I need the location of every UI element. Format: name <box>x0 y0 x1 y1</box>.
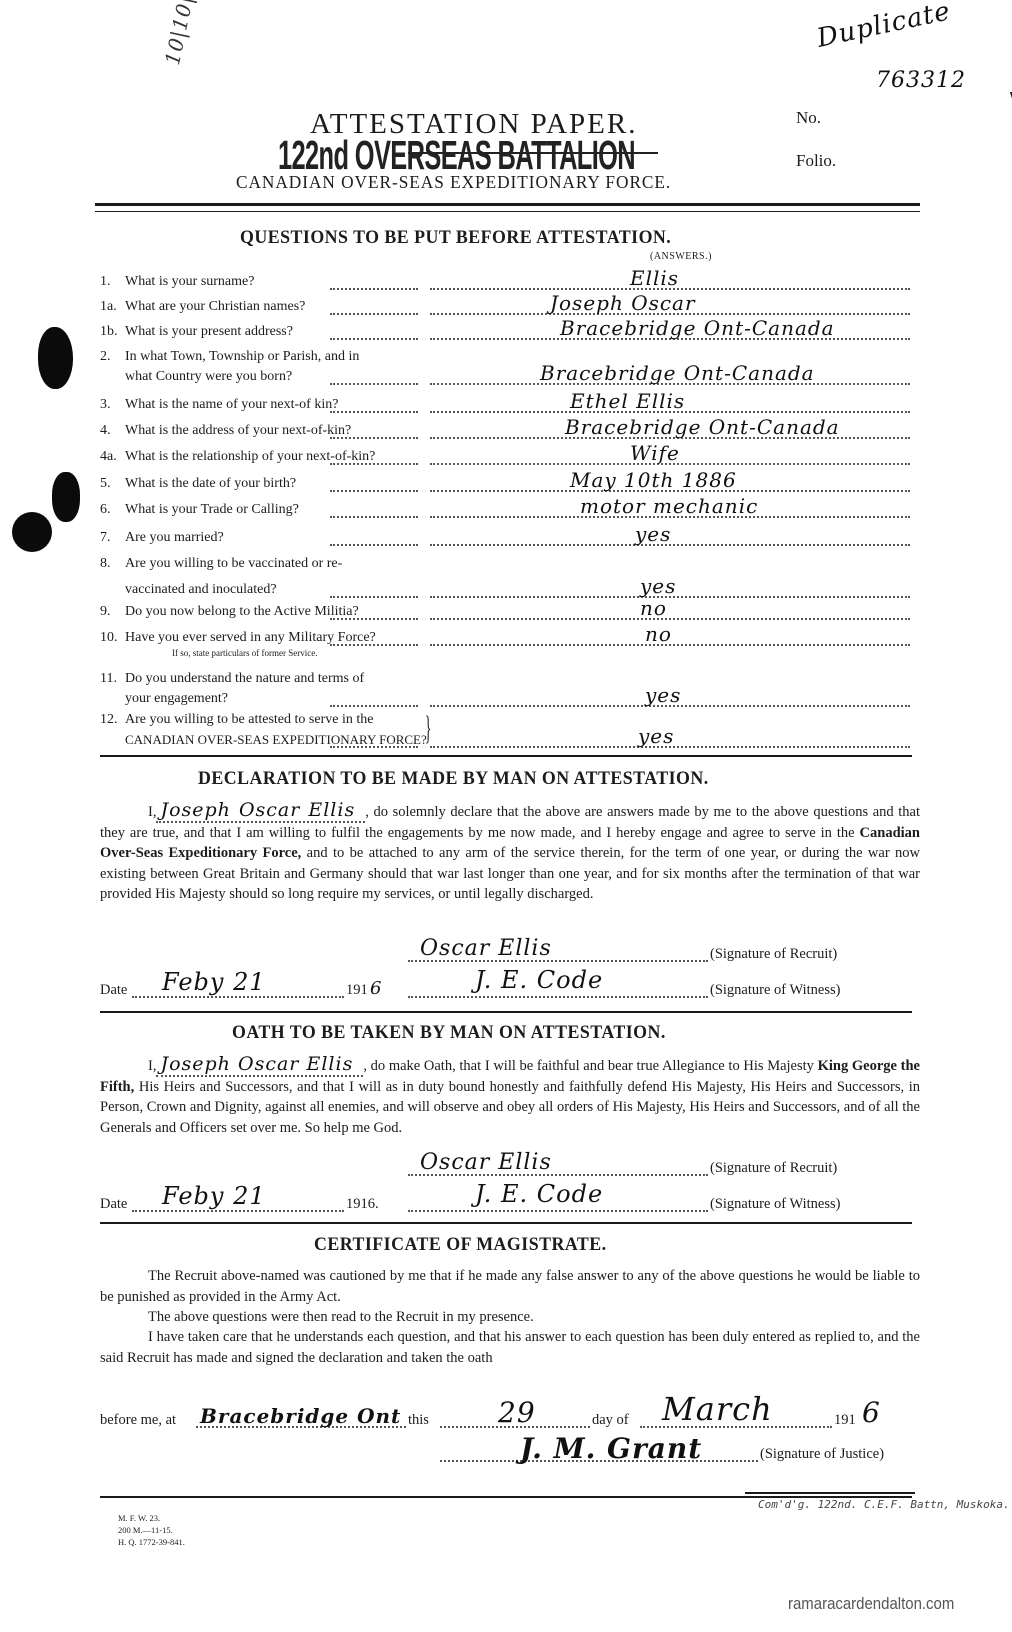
magistrate-year-suffix: 6 <box>862 1396 881 1429</box>
question-text: What are your Christian names? <box>125 299 305 315</box>
declaration-name-field: Joseph Oscar Ellis <box>156 799 365 823</box>
question-number: 1. <box>100 274 111 290</box>
oath-recruit-signature: Oscar Ellis <box>420 1150 552 1175</box>
form-codes: M. F. W. 23. 200 M.—11-15. H. Q. 1772-39… <box>118 1512 185 1548</box>
question-number: 9. <box>100 604 111 620</box>
date-line <box>132 996 344 998</box>
question-number: 4a. <box>100 449 117 465</box>
oath-year: 1916. <box>346 1196 379 1213</box>
oath-date: Feby 21 <box>162 1182 266 1210</box>
question-leader <box>330 338 418 340</box>
divider <box>100 1222 912 1224</box>
question-note: If so, state particulars of former Servi… <box>172 648 317 658</box>
question-text: What is your Trade or Calling? <box>125 502 299 518</box>
question-answer: no <box>645 622 672 646</box>
oath-date-label: Date <box>100 1196 127 1213</box>
declaration-section-title: DECLARATION TO BE MADE BY MAN ON ATTESTA… <box>198 768 709 790</box>
regimental-number: 763312 <box>876 68 966 93</box>
website-watermark: ramaracardendalton.com <box>788 1594 954 1614</box>
scan-edge-mark <box>1000 92 1012 132</box>
witness-signature: J. E. Code <box>475 966 603 994</box>
answer-line <box>430 618 910 620</box>
number-label: No. <box>796 108 821 128</box>
question-text: Are you married? <box>125 530 224 546</box>
questions-section-title: QUESTIONS TO BE PUT BEFORE ATTESTATION. <box>240 227 671 249</box>
recruit-signature: Oscar Ellis <box>420 936 552 961</box>
oath-witness-signature: J. E. Code <box>475 1180 603 1208</box>
question-text: Are you willing to be vaccinated or re- <box>125 556 342 572</box>
question-answer: Bracebridge Ont-Canada <box>560 316 835 340</box>
question-answer: Bracebridge Ont-Canada <box>565 415 840 439</box>
question-leader <box>330 618 418 620</box>
divider <box>95 211 920 212</box>
question-leader <box>330 596 418 598</box>
question-number: 7. <box>100 530 111 546</box>
oath-text-a: , do make Oath, that I will be faithful … <box>363 1058 817 1074</box>
question-number: 4. <box>100 423 111 439</box>
divider <box>100 755 912 757</box>
question-leader <box>330 644 418 646</box>
question-leader <box>330 490 418 492</box>
question-answer: yes <box>645 683 681 707</box>
question-text: Do you understand the nature and terms o… <box>125 671 364 687</box>
question-text: What is the name of your next-of kin? <box>125 397 338 413</box>
question-text: What is your surname? <box>125 274 254 290</box>
signature-line <box>408 960 708 962</box>
brace-glyph: } <box>425 710 432 748</box>
question-answer: Ethel Ellis <box>570 389 685 413</box>
date-line <box>132 1210 344 1212</box>
this-label: this <box>408 1412 429 1429</box>
question-text: Do you now belong to the Active Militia? <box>125 604 359 620</box>
oath-recruit-signature-label: (Signature of Recruit) <box>710 1160 837 1177</box>
date-label: Date <box>100 982 127 999</box>
recruit-signature-label: (Signature of Recruit) <box>710 946 837 963</box>
question-answer: Wife <box>630 441 680 465</box>
question-leader <box>330 313 418 315</box>
punch-hole <box>52 472 80 522</box>
oath-section-title: OATH TO BE TAKEN BY MAN ON ATTESTATION. <box>232 1022 666 1044</box>
question-answer: Joseph Oscar <box>550 291 696 315</box>
certificate-section-title: CERTIFICATE OF MAGISTRATE. <box>314 1234 607 1256</box>
oath-witness-signature-label: (Signature of Witness) <box>710 1196 840 1213</box>
question-answer: yes <box>640 574 676 598</box>
question-text-continued: what Country were you born? <box>125 369 292 385</box>
question-answer: Ellis <box>630 266 679 290</box>
witness-line <box>408 996 708 998</box>
signature-line <box>408 1174 708 1176</box>
question-number: 12. <box>100 712 118 728</box>
commanding-officer-stamp: Com'd'g. 122nd. C.E.F. Battn, Muskoka. <box>758 1498 1010 1511</box>
strike-through-line <box>408 152 658 154</box>
question-text: What is your present address? <box>125 324 293 340</box>
question-number: 11. <box>100 671 117 687</box>
witness-signature-label: (Signature of Witness) <box>710 982 840 999</box>
certificate-para-1: The Recruit above-named was cautioned by… <box>100 1266 920 1307</box>
question-number: 1a. <box>100 299 117 315</box>
oath-name-field: Joseph Oscar Ellis <box>156 1053 363 1077</box>
question-number: 10. <box>100 630 118 646</box>
day-of-label: day of <box>592 1412 629 1429</box>
question-number: 8. <box>100 556 111 572</box>
oath-text-b: His Heirs and Successors, and that I wil… <box>100 1079 920 1136</box>
duplicate-annotation: Duplicate <box>814 0 953 54</box>
question-number: 1b. <box>100 324 118 340</box>
question-text-continued: your engagement? <box>125 691 228 707</box>
reference-annotation: 10|10|15 22 <box>160 0 211 67</box>
declaration-date: Feby 21 <box>162 968 266 996</box>
question-number: 5. <box>100 476 111 492</box>
folio-label: Folio. <box>796 151 836 171</box>
question-text: What is the date of your birth? <box>125 476 296 492</box>
divider <box>100 1011 912 1013</box>
question-text-continued: vaccinated and inoculated? <box>125 582 277 598</box>
question-answer: May 10th 1886 <box>570 468 737 492</box>
stamp-line <box>745 1492 915 1494</box>
magistrate-month: March <box>662 1390 773 1428</box>
question-leader <box>330 746 418 748</box>
magistrate-place: Bracebridge Ont <box>200 1404 401 1428</box>
year-suffix: 6 <box>370 978 382 999</box>
question-number: 2. <box>100 349 111 365</box>
declaration-text: I,Joseph Oscar Ellis, do solemnly declar… <box>100 800 920 905</box>
question-text: Are you willing to be attested to serve … <box>125 712 373 728</box>
question-answer: Bracebridge Ont-Canada <box>540 361 815 385</box>
question-answer: motor mechanic <box>580 494 758 518</box>
question-answer: no <box>640 596 667 620</box>
question-leader <box>330 411 418 413</box>
answers-column-label: (ANSWERS.) <box>650 251 712 262</box>
question-leader <box>330 437 418 439</box>
question-number: 6. <box>100 502 111 518</box>
question-leader <box>330 705 418 707</box>
question-answer: yes <box>638 724 674 748</box>
question-leader <box>330 516 418 518</box>
question-answer: yes <box>635 522 671 546</box>
magistrate-day: 29 <box>498 1396 536 1429</box>
justice-signature: J. M. Grant <box>520 1432 702 1465</box>
witness-line <box>408 1210 708 1212</box>
before-me-label: before me, at <box>100 1412 176 1429</box>
punch-hole <box>12 512 52 552</box>
question-leader <box>330 463 418 465</box>
question-number: 3. <box>100 397 111 413</box>
punch-hole <box>38 327 73 389</box>
year-prefix: 191 <box>346 982 368 999</box>
question-leader <box>330 544 418 546</box>
question-text: What is the address of your next-of-kin? <box>125 423 351 439</box>
question-leader <box>330 288 418 290</box>
justice-signature-label: (Signature of Justice) <box>760 1446 884 1463</box>
magistrate-year-prefix: 191 <box>834 1412 856 1429</box>
divider <box>95 203 920 206</box>
certificate-para-3: I have taken care that he understands ea… <box>100 1327 920 1368</box>
question-leader <box>330 383 418 385</box>
oath-text: I,Joseph Oscar Ellis, do make Oath, that… <box>100 1054 920 1138</box>
question-text: In what Town, Township or Parish, and in <box>125 349 359 365</box>
document-subtitle: CANADIAN OVER-SEAS EXPEDITIONARY FORCE. <box>236 172 671 193</box>
certificate-para-2: The above questions were then read to th… <box>100 1307 920 1328</box>
